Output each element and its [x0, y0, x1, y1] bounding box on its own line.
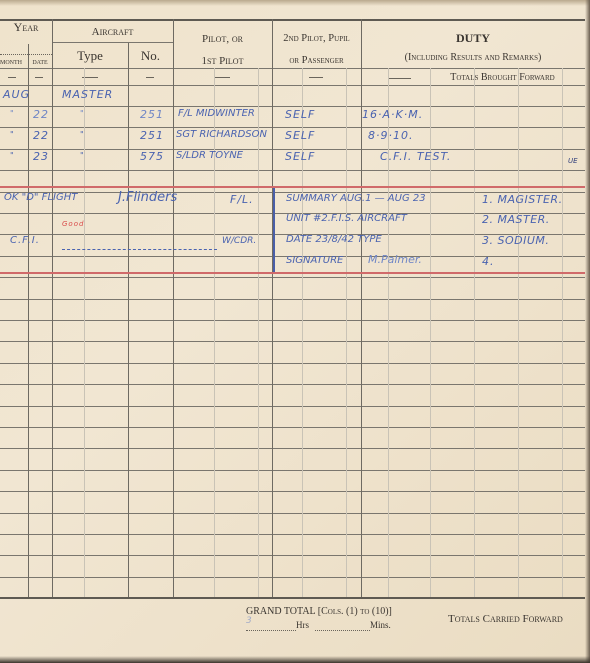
header-second-pilot-line1: 2nd Pilot, Pupil: [272, 28, 361, 50]
header-month: Month: [0, 60, 28, 66]
entry-1-no: 251: [140, 108, 164, 121]
entry-3-second-pilot: Self: [285, 150, 315, 163]
header-second-pilot: 2nd Pilot, Pupil or Passenger: [272, 28, 361, 72]
row-rule: [0, 106, 585, 107]
entry-1-date: 22: [33, 108, 49, 121]
header-pilot-line1: Pilot, or: [173, 28, 272, 50]
col-line-date-type: [52, 19, 53, 598]
grand-total-label: GRAND TOTAL [Cols. (1) to (10)]: [246, 606, 392, 617]
row-rule: [0, 534, 585, 535]
mins-dotted-line: [315, 630, 370, 631]
entry-2-pilot: Sgt Richardson: [176, 129, 267, 140]
entry-0-type: Master: [62, 88, 113, 101]
page-top-edge: [0, 0, 590, 6]
header-duty: DUTY (Including Results and Remarks): [361, 28, 585, 68]
header-type: Type: [52, 48, 128, 64]
row-rule: [0, 470, 585, 471]
entry-1-duty: 16·A·K·M.: [362, 108, 423, 121]
entry-2-date: 22: [33, 129, 49, 142]
flight-commander-signature: J.Flinders: [118, 190, 177, 205]
col-line-no-pilot: [173, 19, 174, 598]
summary-bottom-red-rule: [0, 272, 585, 274]
aircraft-subheader-rule: [52, 42, 173, 43]
page-right-edge: [585, 0, 590, 663]
dash-no: [146, 77, 154, 78]
col-faint-2: [214, 68, 215, 598]
aircraft-type-1: 1. Magister.: [482, 193, 563, 206]
mins-label: Mins.: [370, 620, 391, 630]
aircraft-type-2: 2. Master.: [482, 213, 550, 226]
hrs-label: Hrs: [296, 620, 309, 630]
totals-brought-forward-label: Totals Brought Forward: [420, 72, 585, 83]
col-faint-5: [346, 68, 347, 598]
col-faint-10: [562, 68, 563, 598]
grid-bottom-rule: [0, 597, 585, 599]
col-faint-3: [258, 68, 259, 598]
header-top-rule: [0, 19, 585, 21]
cfi-signature-line: [62, 249, 217, 250]
cfi-label: C.F.I.: [10, 235, 40, 246]
summary-unit: Unit #2.F.I.S. Aircraft: [286, 213, 407, 224]
entry-3-month: ": [10, 151, 15, 160]
header-year: Year: [0, 20, 52, 35]
col-faint-7: [430, 68, 431, 598]
row-rule: [0, 577, 585, 578]
row-rule: [0, 384, 585, 385]
entry-2-duty: 8·9·10.: [368, 129, 413, 142]
entry-3-no: 575: [140, 150, 164, 163]
col-faint-1: [84, 68, 85, 598]
row-rule: [0, 363, 585, 364]
row-rule: [0, 491, 585, 492]
col-faint-6: [388, 68, 389, 598]
flight-commander-rank: F/L.: [230, 193, 254, 206]
summary-signature-name: M.Palmer.: [368, 253, 422, 266]
summary-blue-divider: [273, 188, 275, 272]
row-rule: [0, 299, 585, 300]
header-pilot: Pilot, or 1st Pilot: [173, 28, 272, 72]
entry-3-type: ": [80, 151, 85, 160]
summary-date: Date 23/8/42 Type: [286, 234, 382, 245]
entry-2-no: 251: [140, 129, 164, 142]
entry-1-pilot: F/L Midwinter: [178, 108, 255, 119]
col-faint-8: [474, 68, 475, 598]
col-line-type-no: [128, 43, 129, 598]
aircraft-type-3: 3. Sodium.: [482, 234, 549, 247]
totals-carried-forward-label: Totals Carried Forward: [448, 613, 563, 625]
cfi-rank: W/Cdr.: [222, 236, 256, 246]
entry-0-month: Aug: [3, 88, 30, 101]
col-line-pilot-second: [272, 19, 273, 598]
header-duty-title: DUTY: [361, 28, 585, 48]
dash-date: [35, 77, 43, 78]
row-rule: [0, 448, 585, 449]
entry-1-type: ": [80, 109, 85, 118]
row-rule: [0, 406, 585, 407]
col-faint-4: [302, 68, 303, 598]
entry-1-second-pilot: Self: [285, 108, 315, 121]
header-duty-subtitle: (Including Results and Remarks): [361, 48, 585, 68]
row-rule: [0, 341, 585, 342]
dash-pilot: [214, 77, 230, 78]
row-rule: [0, 277, 585, 278]
entry-3-duty: C.F.I. Test.: [380, 150, 451, 163]
col-faint-9: [518, 68, 519, 598]
dash-month: [8, 77, 16, 78]
dash-second-pilot: [309, 77, 323, 78]
grand-total-hours-value: 3: [246, 616, 253, 626]
dash-duty: [389, 78, 411, 79]
summary-period: Summary Aug.1 — Aug 23: [286, 193, 426, 204]
row-rule: [0, 427, 585, 428]
entry-3-date: 23: [33, 150, 49, 163]
red-annotation: Good: [62, 220, 84, 228]
header-date: Date: [28, 60, 52, 66]
row-rule: [0, 555, 585, 556]
header-no: No.: [128, 48, 173, 64]
summary-top-red-rule: [0, 186, 585, 188]
entry-1-month: ": [10, 109, 15, 118]
page-bottom-edge: [0, 656, 590, 663]
col-line-second-duty: [361, 19, 362, 598]
row-rule: [0, 170, 585, 171]
row-rule: [0, 513, 585, 514]
row-rule: [0, 85, 585, 86]
entry-2-second-pilot: Self: [285, 129, 315, 142]
row-rule: [0, 127, 585, 128]
entry-2-month: ": [10, 130, 15, 139]
row-rule: [0, 320, 585, 321]
hours-dotted-line: [246, 630, 296, 631]
col-line-month-date: [28, 44, 29, 598]
header-second-pilot-line2: or Passenger: [272, 50, 361, 72]
summary-signature-label: Signature: [286, 255, 343, 266]
entry-3-initials: UE: [568, 157, 578, 165]
entry-3-pilot: S/Ldr Toyne: [176, 150, 243, 161]
year-dotted-rule: [0, 54, 52, 56]
header-aircraft: Aircraft: [52, 26, 173, 38]
entry-2-type: ": [80, 130, 85, 139]
aircraft-type-4: 4.: [482, 255, 495, 268]
ok-d-flight: OK "D" Flight: [4, 192, 77, 203]
